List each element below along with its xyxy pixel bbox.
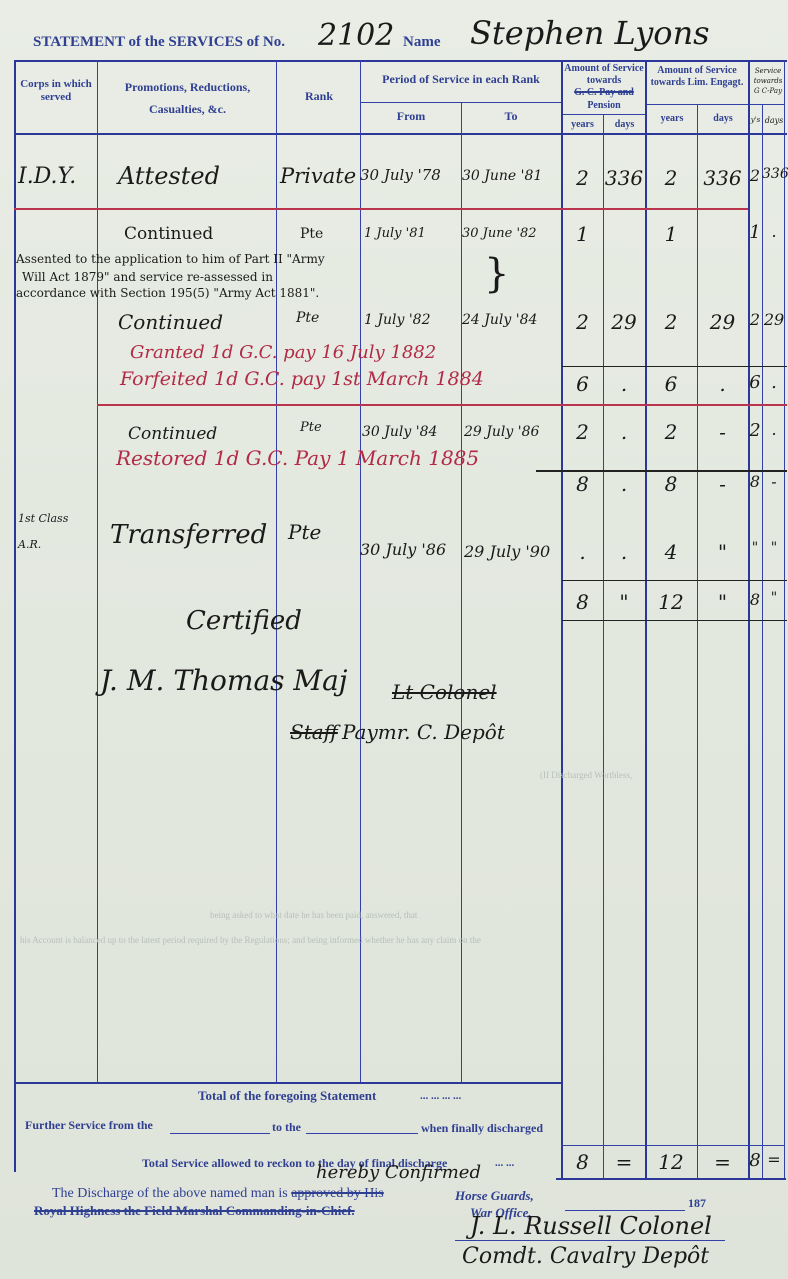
subtotal2-lim-years: 12	[645, 590, 697, 614]
row-from: 30 July '86	[360, 540, 446, 559]
row-extra-days: "	[762, 540, 786, 556]
further-to-blank[interactable]	[306, 1133, 418, 1134]
discharge-struck-line2: Royal Highness the Field Marshal Command…	[34, 1203, 355, 1219]
col-header-pension: Pension	[562, 100, 646, 112]
col-header-lim-title: Amount of Service towards Lim. Engagt.	[647, 65, 747, 89]
row-pension-years: 2	[562, 420, 603, 444]
row-extra-years: 1	[748, 222, 762, 243]
row-from: 1 July '81	[364, 226, 426, 241]
total-lim-years: 12	[645, 1150, 697, 1174]
col-header-corps: Corps in which served	[16, 78, 96, 104]
row-to: 24 July '84	[462, 312, 537, 328]
total-row-rule	[561, 1145, 785, 1146]
subtotal1-pension-days: .	[603, 472, 645, 496]
total-lim-days: =	[697, 1150, 748, 1174]
signature-blank	[455, 1240, 725, 1241]
col-header-pension-years: years	[562, 118, 603, 131]
restored-gc-pay-note: Restored 1d G.C. Pay 1 March 1885	[116, 446, 479, 470]
assented-note-line3: accordance with Section 195(5) "Army Act…	[16, 286, 319, 300]
struck-rank: Lt Colonel	[392, 680, 497, 704]
row-pension-days: 336	[603, 166, 645, 190]
row-lim-years: 1	[645, 222, 697, 246]
row-lim-days: 336	[697, 166, 748, 190]
subtotal2-extra-years: 8	[748, 590, 762, 609]
row-lim-years: 4	[645, 540, 697, 564]
forfeit-extra-years: 6	[748, 372, 762, 393]
col-header-from: From	[362, 110, 460, 123]
discharge-text: The Discharge of the above named man is	[52, 1186, 288, 1201]
row-lim-years: 2	[645, 166, 697, 190]
certified-text: Certified	[186, 606, 302, 636]
signature-commandant: J. L. Russell Colonel	[470, 1212, 712, 1240]
show-through-text: his Account is balanced up to the latest…	[20, 935, 481, 945]
col-header-extra-title: Service towards G C-Pay	[750, 66, 786, 96]
total-extra-years: 8	[748, 1150, 762, 1171]
granted-gc-pay-note: Granted 1d G.C. pay 16 July 1882	[130, 342, 436, 363]
statement-label: STATEMENT of the SERVICES of No.	[33, 34, 285, 51]
row-rank: Private	[280, 164, 356, 188]
total-extra-days: =	[762, 1150, 786, 1169]
forfeit-pension-days: .	[603, 372, 645, 396]
col-header-lim-days: days	[698, 112, 748, 125]
row-from: 30 July '84	[362, 424, 437, 440]
pension-subheader-rule	[562, 114, 646, 115]
row-pension-days: 29	[603, 310, 645, 334]
service-record-page: STATEMENT of the SERVICES of No. 2102 Na…	[0, 0, 788, 1279]
row-pension-years: 2	[562, 166, 603, 190]
subtotal1-lim-years: 8	[645, 472, 697, 496]
row-to: 29 July '86	[464, 424, 539, 440]
row-pension-years: 1	[562, 222, 603, 246]
discharge-struck-text: approved by His	[291, 1186, 384, 1201]
struck-title: Staff	[290, 720, 338, 744]
name-label: Name	[403, 34, 441, 51]
row-extra-days: 29	[762, 310, 786, 329]
row-extra-days: 336	[762, 166, 786, 182]
col-header-rank: Rank	[278, 90, 360, 103]
signature-paymaster: J. M. Thomas Maj	[100, 664, 347, 697]
col-header-lim-years: years	[647, 112, 697, 125]
soldier-name: Stephen Lyons	[470, 14, 710, 52]
further-service-label: Further Service from the	[25, 1118, 153, 1133]
row-lim-years: 2	[645, 310, 697, 334]
subtotal1-extra-days: -	[762, 472, 786, 491]
col-header-extra-days: days	[763, 114, 785, 127]
row-extra-years: "	[748, 540, 762, 556]
row-to: 29 July '90	[464, 542, 550, 561]
col-header-pension-days: days	[604, 118, 645, 131]
row-lim-years: 2	[645, 420, 697, 444]
forfeited-gc-pay-note: Forfeited 1d G.C. pay 1st March 1884	[120, 368, 484, 390]
service-number: 2102	[318, 18, 394, 53]
row-event: Continued	[128, 424, 217, 444]
subtotal-rule	[562, 620, 787, 621]
row-from: 30 July '78	[360, 166, 441, 184]
col-rule	[360, 60, 361, 1084]
row-rank: Pte	[288, 520, 321, 544]
forfeit-pension-years: 6	[562, 372, 603, 396]
assented-note-line2: Will Act 1879" and service re-assessed i…	[22, 270, 273, 284]
table-bottom-rule	[14, 1082, 562, 1084]
subtotal2-pension-years: 8	[562, 590, 603, 614]
row-event: Transferred	[110, 520, 267, 550]
row-lim-days: "	[697, 540, 748, 564]
total-foregoing-label: Total of the foregoing Statement	[198, 1088, 376, 1104]
col-rule	[697, 104, 698, 1180]
further-from-blank[interactable]	[170, 1133, 270, 1134]
row-pension-days: .	[603, 420, 645, 444]
header-bottom-rule	[14, 133, 787, 135]
row-pension-years: .	[562, 540, 603, 564]
table-left-edge	[14, 60, 16, 1172]
col-header-pension-struck: G. C. Pay and	[562, 87, 646, 99]
col-header-period: Period of Service in each Rank	[362, 73, 560, 86]
brace-icon: }	[484, 254, 509, 294]
row-rank: Pte	[300, 226, 323, 242]
col-header-to: To	[462, 110, 560, 123]
row-extra-days: .	[762, 420, 786, 439]
row-extra-years: 2	[748, 420, 762, 441]
to-the-label: to the	[272, 1120, 301, 1135]
show-through-text: (If Discharged Worthless,	[540, 770, 632, 780]
assented-note-line1: Assented to the application to him of Pa…	[16, 252, 325, 266]
row-to: 30 June '81	[462, 168, 542, 184]
forfeit-extra-days: .	[762, 372, 786, 393]
red-separator	[97, 404, 787, 406]
row-lim-days: 29	[697, 310, 748, 334]
row-corps: I.D.Y.	[18, 164, 76, 189]
row-extra-days: .	[762, 222, 786, 241]
subtotal1-extra-years: 8	[748, 472, 762, 491]
row-from: 1 July '82	[364, 312, 431, 328]
subtotal2-pension-days: "	[603, 590, 645, 614]
row-rank: Pte	[296, 310, 319, 326]
total-pension-days: =	[603, 1150, 645, 1174]
subtotal2-extra-days: "	[762, 590, 786, 606]
finally-discharged-label: when finally discharged	[421, 1121, 543, 1136]
row-pension-days: .	[603, 540, 645, 564]
horse-guards-label: Horse Guards,	[455, 1188, 534, 1204]
subtotal1-lim-days: -	[697, 472, 748, 496]
extra-subheader-rule	[748, 104, 785, 105]
col-header-promotions: Promotions, Reductions, Casualties, &c.	[100, 76, 275, 120]
col-header-pension-title: Amount of Service towards	[562, 63, 646, 87]
red-separator	[14, 208, 748, 210]
total-bottom-rule	[556, 1178, 786, 1180]
commandant-title: Comdt. Cavalry Depôt	[462, 1244, 709, 1269]
table-top-rule	[14, 60, 787, 62]
discharge-statement: The Discharge of the above named man is …	[52, 1186, 384, 1202]
row-extra-years: 2	[748, 310, 762, 329]
row-extra-years: 2	[748, 166, 762, 185]
subtotal-rule	[562, 580, 787, 581]
row-event: Attested	[118, 162, 220, 190]
col-rule	[762, 104, 763, 1180]
col-rule	[97, 60, 98, 1084]
show-through-text: being asked to what date he has been pai…	[210, 910, 417, 920]
forfeit-lim-years: 6	[645, 372, 697, 396]
forfeit-lim-days: .	[697, 372, 748, 396]
date-blank[interactable]	[565, 1210, 685, 1211]
total-foregoing-dots: ... ... ... ...	[420, 1090, 461, 1102]
col-rule	[276, 60, 277, 1084]
hereby-confirmed: hereby Confirmed	[316, 1162, 481, 1183]
forfeit-row-rule	[562, 366, 787, 367]
row-lim-days: -	[697, 420, 748, 444]
total-pension-years: 8	[562, 1150, 603, 1174]
row-pension-years: 2	[562, 310, 603, 334]
row-to: 30 June '82	[462, 226, 537, 241]
row-rank: Pte	[300, 420, 322, 435]
row-event: Continued	[118, 310, 223, 334]
col-rule	[603, 114, 604, 1180]
total-allowed-dots: ... ...	[495, 1157, 514, 1169]
subtotal2-lim-days: "	[697, 590, 748, 614]
row-corps: 1st Class A.R.	[18, 506, 88, 558]
col-header-extra-years: y's	[749, 114, 762, 127]
subtotal1-pension-years: 8	[562, 472, 603, 496]
year-label: 187	[688, 1196, 706, 1211]
paymaster-title: Paymr. C. Depôt	[342, 720, 505, 744]
row-event: Continued	[124, 224, 213, 244]
